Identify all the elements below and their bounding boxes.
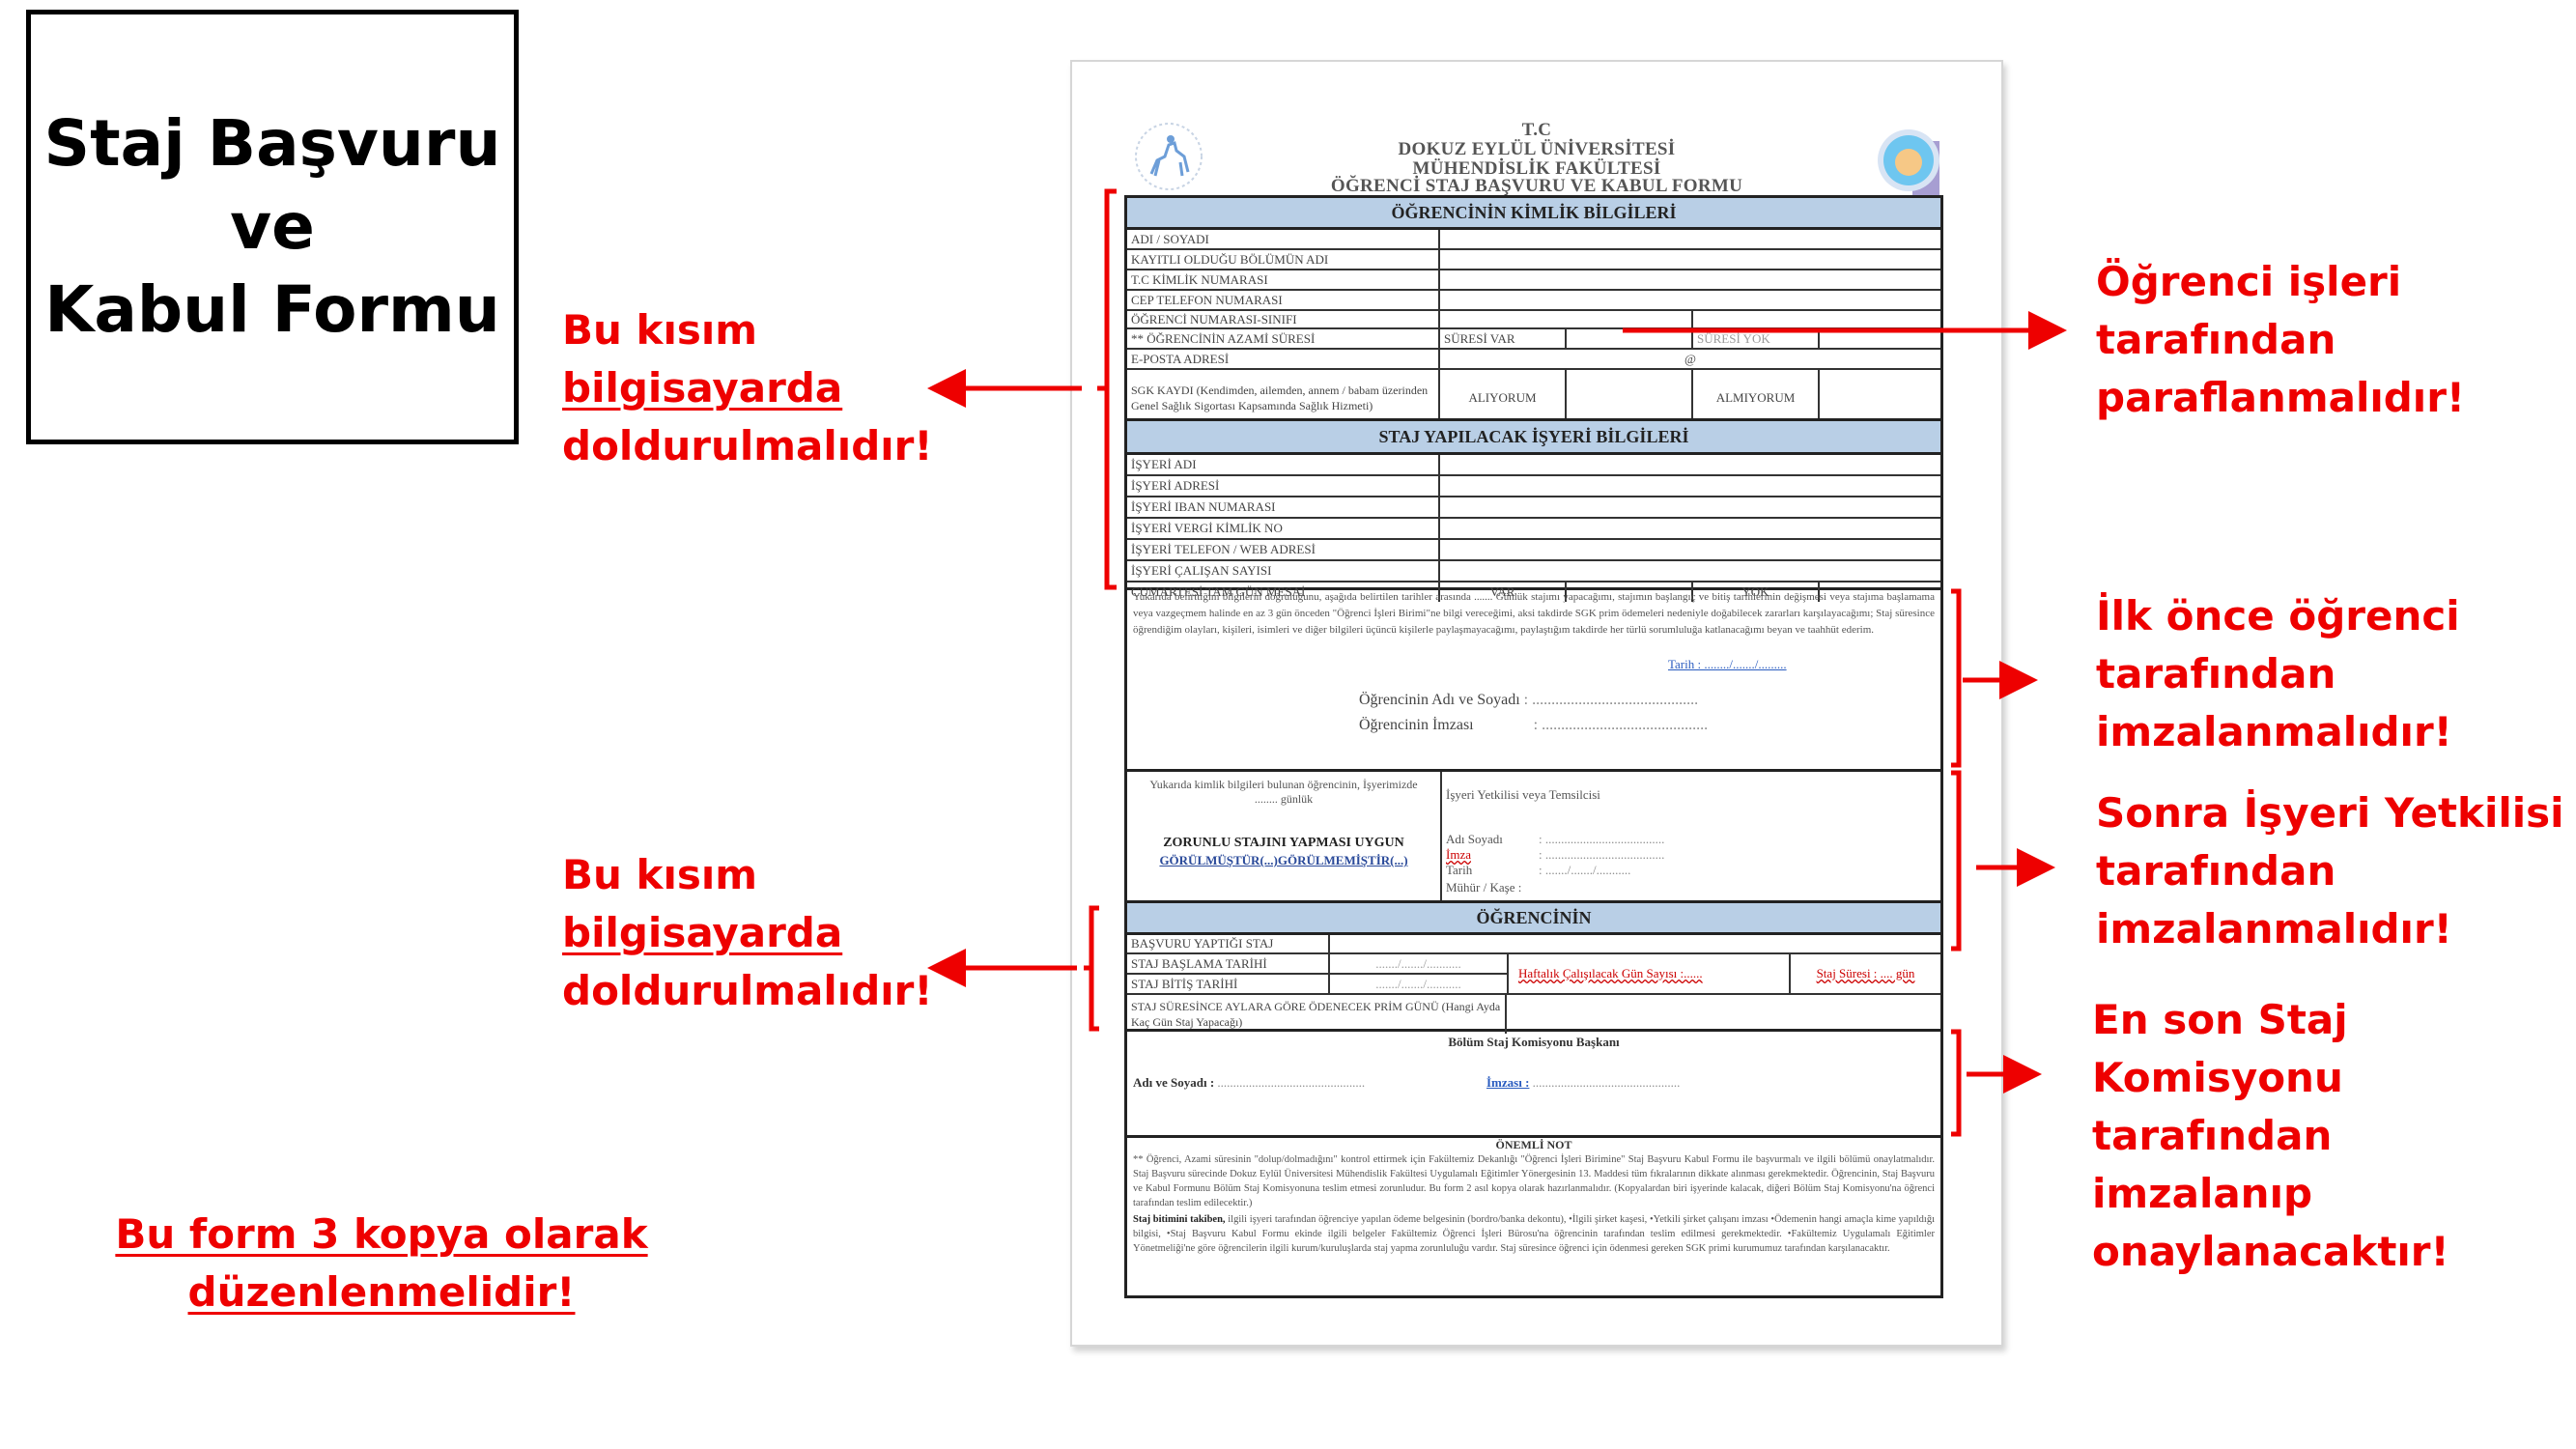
annotation-arrows xyxy=(0,0,2576,1449)
bracket-right-commission xyxy=(1951,1032,1959,1134)
bracket-left-bottom xyxy=(1091,908,1099,1029)
bracket-right-employer xyxy=(1951,773,1959,949)
bracket-right-student xyxy=(1951,591,1959,765)
bracket-left-top xyxy=(1107,191,1117,587)
